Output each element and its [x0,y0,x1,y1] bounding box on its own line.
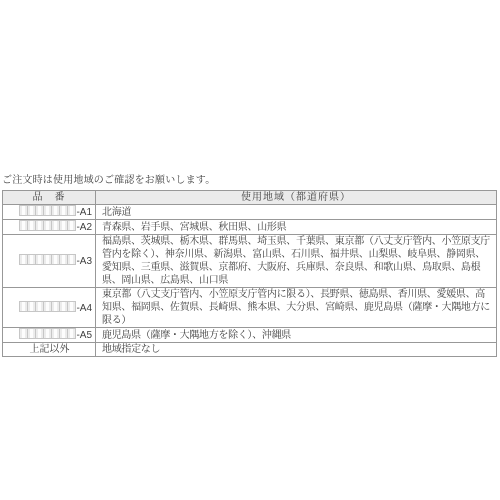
table-row: -A4 東京都（八丈支庁管内、小笠原支庁管内に限る）、長野県、徳島県、香川県、愛… [3,288,497,328]
masked-character-box [67,205,76,216]
part-number-suffix: -A3 [76,255,92,268]
part-number-cell: -A4 [3,288,96,328]
masked-character-box [67,254,76,265]
part-number-suffix: -A4 [76,302,92,315]
part-number-cell: -A2 [3,220,96,235]
masked-character-box [67,328,76,339]
table-row: 上記以外 地域指定なし [3,343,497,357]
masked-code-boxes [19,222,75,233]
part-number-cell: -A3 [3,235,96,288]
region-column-header: 使用地域（都道府県） [96,191,497,205]
masked-character-box [67,301,76,312]
region-cell: 青森県、岩手県、宮城県、秋田県、山形県 [96,220,497,235]
table-row: -A3 福島県、茨城県、栃木県、群馬県、埼玉県、千葉県、東京都（八丈支庁管内、小… [3,235,497,288]
table-row: -A2 青森県、岩手県、宮城県、秋田県、山形県 [3,220,497,235]
page-canvas: ご注文時は使用地域のご確認をお願いします。 品 番 使用地域（都道府県） -A1… [0,0,500,500]
region-cell: 北海道 [96,205,497,220]
part-number-suffix: -A2 [76,221,92,234]
masked-character-box [67,220,76,231]
part-number-suffix: -A1 [76,206,92,219]
usage-region-table: 品 番 使用地域（都道府県） -A1 北海道 -A2 青森県、岩手県、宮城県、秋… [2,190,497,357]
order-note-text: ご注文時は使用地域のご確認をお願いします。 [2,175,497,187]
table-body: -A1 北海道 -A2 青森県、岩手県、宮城県、秋田県、山形県 -A3 福島県、… [3,205,497,357]
part-number-column-header: 品 番 [3,191,96,205]
part-number-cell: -A1 [3,205,96,220]
masked-code-boxes [19,256,75,267]
masked-code-boxes [19,207,75,218]
region-notice-block: ご注文時は使用地域のご確認をお願いします。 品 番 使用地域（都道府県） -A1… [2,175,497,357]
part-number-cell: -A5 [3,328,96,343]
part-number-suffix: -A5 [76,329,92,342]
region-cell: 東京都（八丈支庁管内、小笠原支庁管内に限る）、長野県、徳島県、香川県、愛媛県、高… [96,288,497,328]
table-row: -A5 鹿児島県（薩摩・大隅地方を除く）、沖縄県 [3,328,497,343]
region-cell: 地域指定なし [96,343,497,357]
table-row: -A1 北海道 [3,205,497,220]
part-number-suffix: 上記以外 [30,343,70,356]
region-cell: 鹿児島県（薩摩・大隅地方を除く）、沖縄県 [96,328,497,343]
masked-code-boxes [19,330,75,341]
table-header-row: 品 番 使用地域（都道府県） [3,191,497,205]
masked-code-boxes [19,303,75,314]
part-number-cell: 上記以外 [3,343,96,357]
region-cell: 福島県、茨城県、栃木県、群馬県、埼玉県、千葉県、東京都（八丈支庁管内、小笠原支庁… [96,235,497,288]
